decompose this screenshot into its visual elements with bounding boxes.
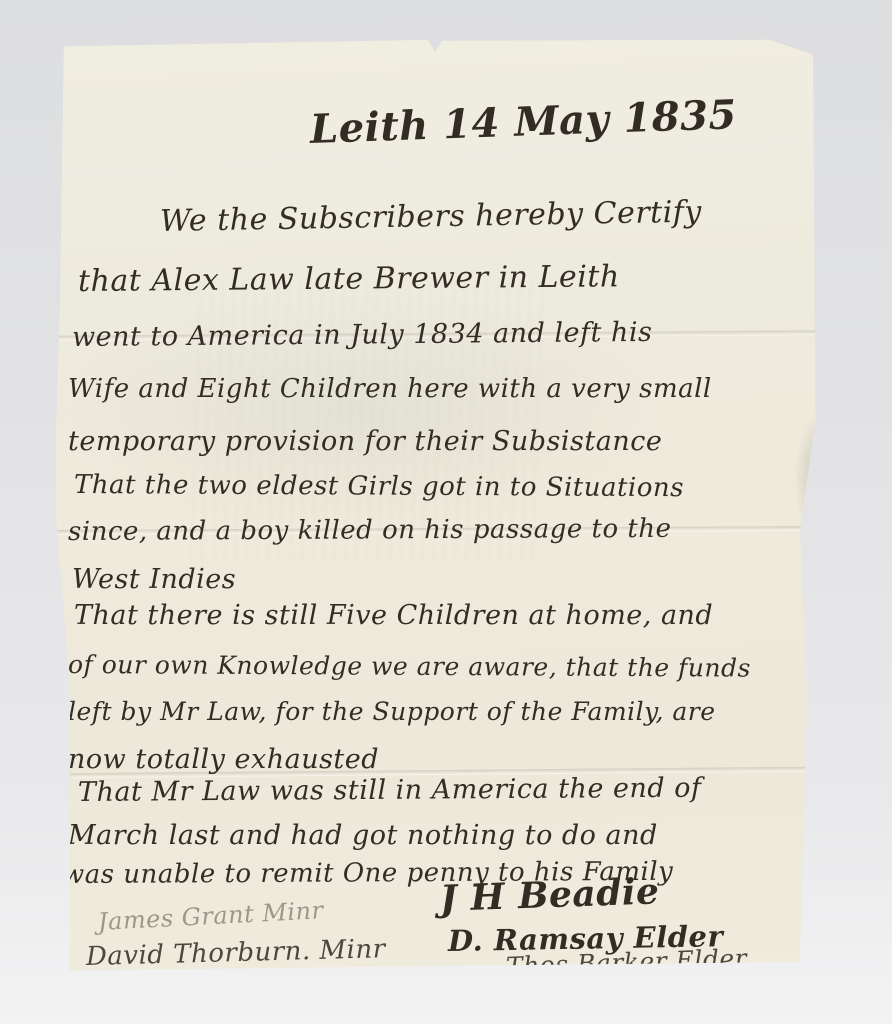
letter-line: now totally exhausted xyxy=(68,744,379,775)
letter-line: That Mr Law was still in America the end… xyxy=(78,773,702,808)
letter-line: We the Subscribers hereby Certify xyxy=(160,195,702,239)
letter-line: went to America in July 1834 and left hi… xyxy=(72,317,653,353)
letter-line: That the two eldest Girls got in to Situ… xyxy=(74,470,684,503)
signature-thorburn: David Thorburn. Minr xyxy=(86,934,386,972)
letter-line: left by Mr Law, for the Support of the F… xyxy=(68,697,716,726)
letter-line: West Indies xyxy=(72,564,236,595)
letter-line: that Alex Law late Brewer in Leith xyxy=(78,259,620,299)
letter-line: since, and a boy killed on his passage t… xyxy=(68,514,672,547)
letter-sheet: Leith 14 May 1835 We the Subscribers her… xyxy=(50,36,820,976)
fold-edge-shadow xyxy=(794,412,820,544)
letter-line: March last and had got nothing to do and xyxy=(68,820,658,851)
letter-line: Wife and Eight Children here with a very… xyxy=(68,374,712,404)
letter-line: of our own Knowledge we are aware, that … xyxy=(68,650,751,683)
letter-photograph: Leith 14 May 1835 We the Subscribers her… xyxy=(0,0,892,1024)
letter-line: That there is still Five Children at hom… xyxy=(74,600,713,631)
signature-beadie: J H Beadie xyxy=(439,870,660,920)
signature-grant: James Grant Minr xyxy=(97,896,324,936)
letter-dateline: Leith 14 May 1835 xyxy=(309,91,737,153)
letter-line: temporary provision for their Subsistanc… xyxy=(68,426,662,457)
